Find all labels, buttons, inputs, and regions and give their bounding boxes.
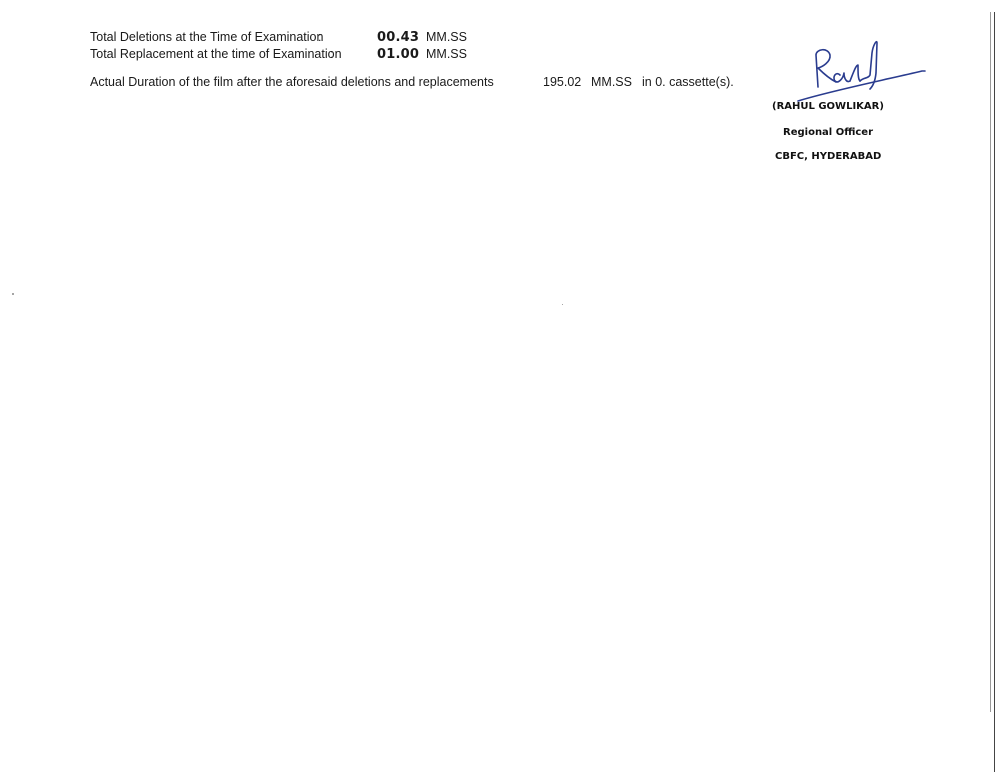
signatory-designation: Regional Officer [783, 127, 873, 138]
signatory-name: (RAHUL GOWLIKAR) [772, 101, 884, 112]
duration-label: Actual Duration of the film after the af… [90, 75, 494, 89]
replacement-value: 01.00 [377, 47, 419, 62]
signatory-office: CBFC, HYDERABAD [775, 151, 881, 162]
deletions-unit: MM.SS [426, 30, 467, 44]
deletions-value: 00.43 [377, 30, 419, 45]
page-edge-line-outer [994, 12, 995, 772]
replacement-separator: : [330, 47, 333, 61]
duration-value: 195.02 [543, 75, 581, 89]
duration-unit: MM.SS [591, 75, 632, 89]
duration-suffix: in 0. cassette(s). [642, 75, 734, 89]
signature-icon [760, 35, 935, 105]
scan-speck [562, 304, 563, 305]
page-edge-line [990, 12, 991, 712]
replacement-label: Total Replacement at the time of Examina… [90, 47, 342, 61]
deletions-label: Total Deletions at the Time of Examinati… [90, 30, 323, 44]
scan-speck [12, 293, 14, 295]
deletions-separator: : [318, 30, 321, 44]
replacement-unit: MM.SS [426, 47, 467, 61]
